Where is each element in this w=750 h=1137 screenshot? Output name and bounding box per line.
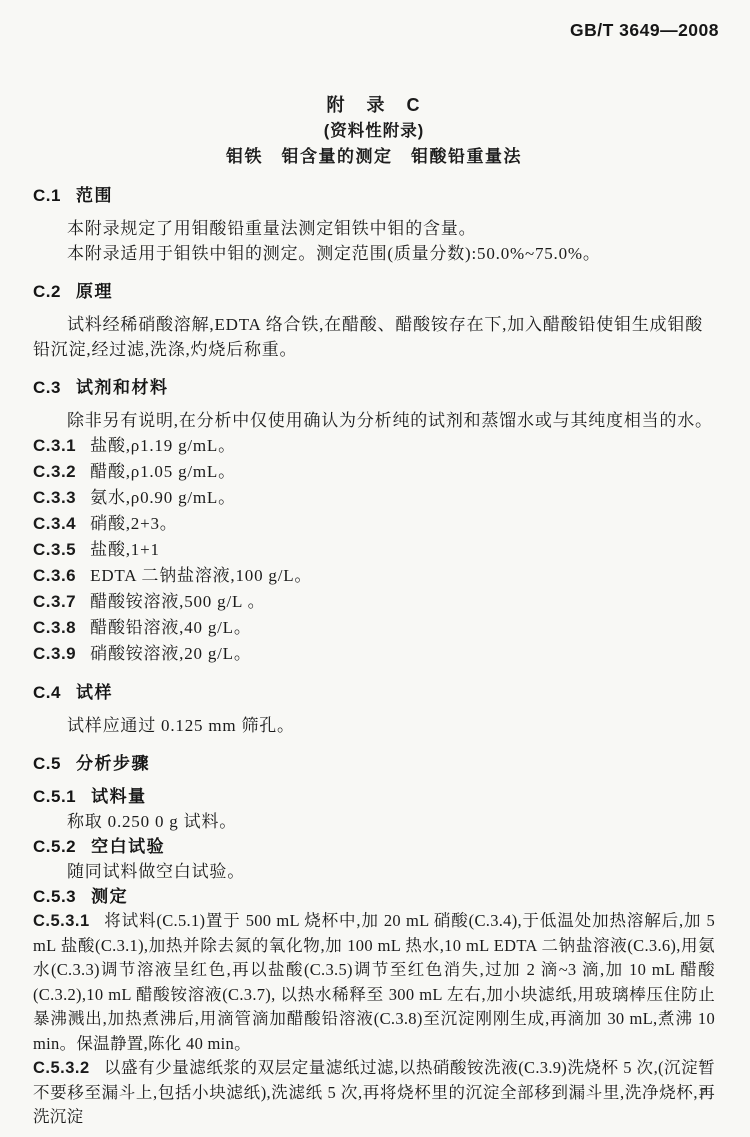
appendix-method-title: 钼铁 钼含量的测定 钼酸铅重量法 xyxy=(33,144,715,170)
c52-paragraph: 随同试料做空白试验。 xyxy=(33,859,715,884)
section-heading-c5: C.5分析步骤 xyxy=(33,751,715,776)
reagent-number-4: C.3.4 xyxy=(33,514,76,533)
subsection-heading-c52: C.5.2空白试验 xyxy=(33,834,715,859)
reagent-number-2: C.3.2 xyxy=(33,462,76,481)
document-page: GB/T 3649—2008 附 录 C (资料性附录) 钼铁 钼含量的测定 钼… xyxy=(0,0,750,1137)
subsection-heading-c53: C.5.3测定 xyxy=(33,884,715,909)
section-heading-c2: C.2原理 xyxy=(33,279,715,304)
reagent-number-1: C.3.1 xyxy=(33,436,76,455)
reagent-text-3: 氨水,ρ0.90 g/mL。 xyxy=(90,488,236,507)
subsection-number-c53: C.5.3 xyxy=(33,887,76,906)
section-heading-c1: C.1范围 xyxy=(33,183,715,208)
section-label-c5: 分析步骤 xyxy=(76,754,150,773)
c1-paragraph-2: 本附录适用于钼铁中钼的测定。测定范围(质量分数):50.0%~75.0%。 xyxy=(33,241,715,266)
reagent-text-4: 硝酸,2+3。 xyxy=(90,514,177,533)
section-number-c3: C.3 xyxy=(33,378,61,397)
c3-intro-paragraph: 除非另有说明,在分析中仅使用确认为分析纯的试剂和蒸馏水或与其纯度相当的水。 xyxy=(33,408,715,433)
reagent-text-1: 盐酸,ρ1.19 g/mL。 xyxy=(90,436,236,455)
procedure-step-c531: C.5.3.1将试料(C.5.1)置于 500 mL 烧杯中,加 20 mL 硝… xyxy=(33,909,715,1056)
section-label-c1: 范围 xyxy=(76,186,113,205)
appendix-note: (资料性附录) xyxy=(33,118,715,144)
c4-paragraph-1: 试样应通过 0.125 mm 筛孔。 xyxy=(33,713,715,738)
reagent-text-8: 醋酸铅溶液,40 g/L。 xyxy=(90,618,252,637)
step-text-c532: 以盛有少量滤纸浆的双层定量滤纸过滤,以热硝酸铵洗液(C.3.9)洗烧杯 5 次,… xyxy=(33,1058,715,1126)
reagent-item-6: C.3.6EDTA 二钠盐溶液,100 g/L。 xyxy=(33,563,715,589)
reagent-text-9: 硝酸铵溶液,20 g/L。 xyxy=(90,644,252,663)
reagent-text-2: 醋酸,ρ1.05 g/mL。 xyxy=(90,462,236,481)
procedure-step-c532: C.5.3.2以盛有少量滤纸浆的双层定量滤纸过滤,以热硝酸铵洗液(C.3.9)洗… xyxy=(33,1056,715,1130)
subsection-number-c51: C.5.1 xyxy=(33,787,76,806)
reagent-item-3: C.3.3氨水,ρ0.90 g/mL。 xyxy=(33,485,715,511)
section-label-c2: 原理 xyxy=(76,282,113,301)
reagent-item-2: C.3.2醋酸,ρ1.05 g/mL。 xyxy=(33,459,715,485)
section-number-c5: C.5 xyxy=(33,754,61,773)
section-number-c2: C.2 xyxy=(33,282,61,301)
section-label-c4: 试样 xyxy=(76,683,113,702)
step-number-c531: C.5.3.1 xyxy=(33,912,90,930)
page-number: 7 xyxy=(699,1086,707,1103)
reagent-item-1: C.3.1盐酸,ρ1.19 g/mL。 xyxy=(33,433,715,459)
subsection-label-c53: 测定 xyxy=(91,887,128,906)
section-label-c3: 试剂和材料 xyxy=(76,378,169,397)
step-number-c532: C.5.3.2 xyxy=(33,1059,90,1077)
section-number-c4: C.4 xyxy=(33,683,61,702)
reagent-number-7: C.3.7 xyxy=(33,592,76,611)
reagent-item-8: C.3.8醋酸铅溶液,40 g/L。 xyxy=(33,615,715,641)
subsection-heading-c51: C.5.1试料量 xyxy=(33,784,715,809)
standard-number-header: GB/T 3649—2008 xyxy=(570,20,719,41)
reagent-number-9: C.3.9 xyxy=(33,644,76,663)
reagent-item-7: C.3.7醋酸铵溶液,500 g/L 。 xyxy=(33,589,715,615)
c2-paragraph-1: 试料经稀硝酸溶解,EDTA 络合铁,在醋酸、醋酸铵存在下,加入醋酸铅使钼生成钼酸… xyxy=(33,312,715,362)
appendix-heading: 附 录 C xyxy=(33,92,715,118)
reagent-text-5: 盐酸,1+1 xyxy=(90,540,160,559)
section-heading-c3: C.3试剂和材料 xyxy=(33,375,715,400)
section-number-c1: C.1 xyxy=(33,186,61,205)
reagent-number-5: C.3.5 xyxy=(33,540,76,559)
reagent-item-4: C.3.4硝酸,2+3。 xyxy=(33,511,715,537)
section-heading-c4: C.4试样 xyxy=(33,680,715,705)
subsection-label-c52: 空白试验 xyxy=(91,837,165,856)
step-text-c531: 将试料(C.5.1)置于 500 mL 烧杯中,加 20 mL 硝酸(C.3.4… xyxy=(33,911,715,1053)
appendix-title-block: 附 录 C (资料性附录) 钼铁 钼含量的测定 钼酸铅重量法 xyxy=(33,92,715,170)
c1-paragraph-1: 本附录规定了用钼酸铅重量法测定钼铁中钼的含量。 xyxy=(33,216,715,241)
reagent-number-3: C.3.3 xyxy=(33,488,76,507)
reagent-item-9: C.3.9硝酸铵溶液,20 g/L。 xyxy=(33,641,715,667)
c51-paragraph: 称取 0.250 0 g 试料。 xyxy=(33,809,715,834)
reagent-number-6: C.3.6 xyxy=(33,566,76,585)
reagent-text-7: 醋酸铵溶液,500 g/L 。 xyxy=(90,592,265,611)
reagent-item-5: C.3.5盐酸,1+1 xyxy=(33,537,715,563)
reagent-text-6: EDTA 二钠盐溶液,100 g/L。 xyxy=(90,566,312,585)
page-content: 附 录 C (资料性附录) 钼铁 钼含量的测定 钼酸铅重量法 C.1范围 本附录… xyxy=(33,92,715,1130)
reagent-number-8: C.3.8 xyxy=(33,618,76,637)
subsection-number-c52: C.5.2 xyxy=(33,837,76,856)
subsection-label-c51: 试料量 xyxy=(91,787,147,806)
